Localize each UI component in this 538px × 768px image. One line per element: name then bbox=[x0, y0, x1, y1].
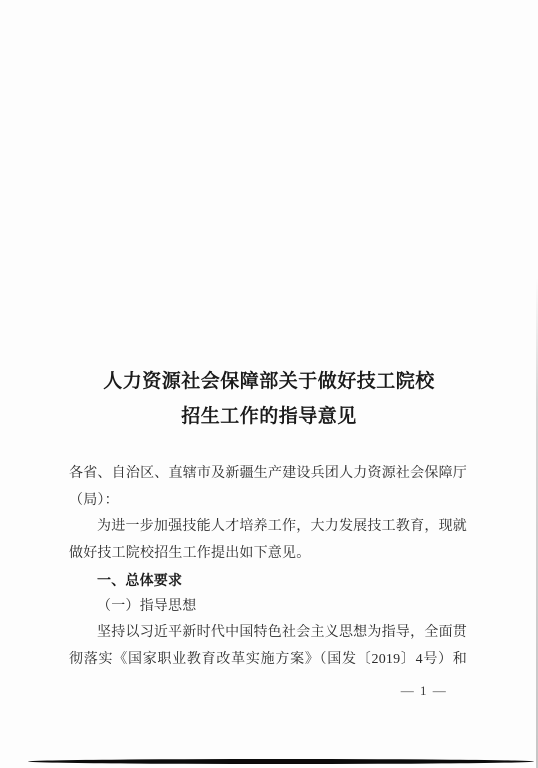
body-line: （一）指导思想 bbox=[69, 594, 467, 621]
scan-bottom-edge-shadow bbox=[28, 759, 534, 764]
body-line: 做好技工院校招生工作提出如下意见。 bbox=[69, 541, 467, 568]
document-page: 人力资源社会保障部关于做好技工院校 招生工作的指导意见 各省、自治区、直辖市及新… bbox=[0, 0, 538, 768]
body-line: 坚持以习近平新时代中国特色社会主义思想为指导，全面贯 bbox=[69, 620, 467, 647]
title-line: 招生工作的指导意见 bbox=[0, 399, 538, 434]
paragraph-intro: 为进一步加强技能人才培养工作，大力发展技工教育，现就做好技工院校招生工作提出如下… bbox=[69, 514, 467, 567]
page-number: — 1 — bbox=[391, 681, 457, 701]
paragraph-guiding-ideology: 坚持以习近平新时代中国特色社会主义思想为指导，全面贯彻落实《国家职业教育改革实施… bbox=[69, 620, 467, 673]
body-line: 彻落实《国家职业教育改革实施方案》（国发〔2019〕4号）和 bbox=[69, 647, 467, 674]
title-line: 人力资源社会保障部关于做好技工院校 bbox=[0, 364, 538, 399]
paragraph-section-heading-1: 一、总体要求 bbox=[69, 567, 467, 594]
body-line: 各省、自治区、直辖市及新疆生产建设兵团人力资源社会保障厅 bbox=[69, 461, 467, 488]
paragraph-subheading-1-1: （一）指导思想 bbox=[69, 594, 467, 621]
body-line: 为进一步加强技能人才培养工作，大力发展技工教育，现就 bbox=[69, 514, 467, 541]
paragraph-salutation: 各省、自治区、直辖市及新疆生产建设兵团人力资源社会保障厅（局）： bbox=[69, 461, 467, 514]
body-line: （局）： bbox=[69, 488, 467, 515]
document-title: 人力资源社会保障部关于做好技工院校 招生工作的指导意见 bbox=[0, 364, 538, 434]
document-body: 各省、自治区、直辖市及新疆生产建设兵团人力资源社会保障厅（局）：为进一步加强技能… bbox=[69, 461, 467, 673]
body-line: 一、总体要求 bbox=[69, 567, 467, 594]
